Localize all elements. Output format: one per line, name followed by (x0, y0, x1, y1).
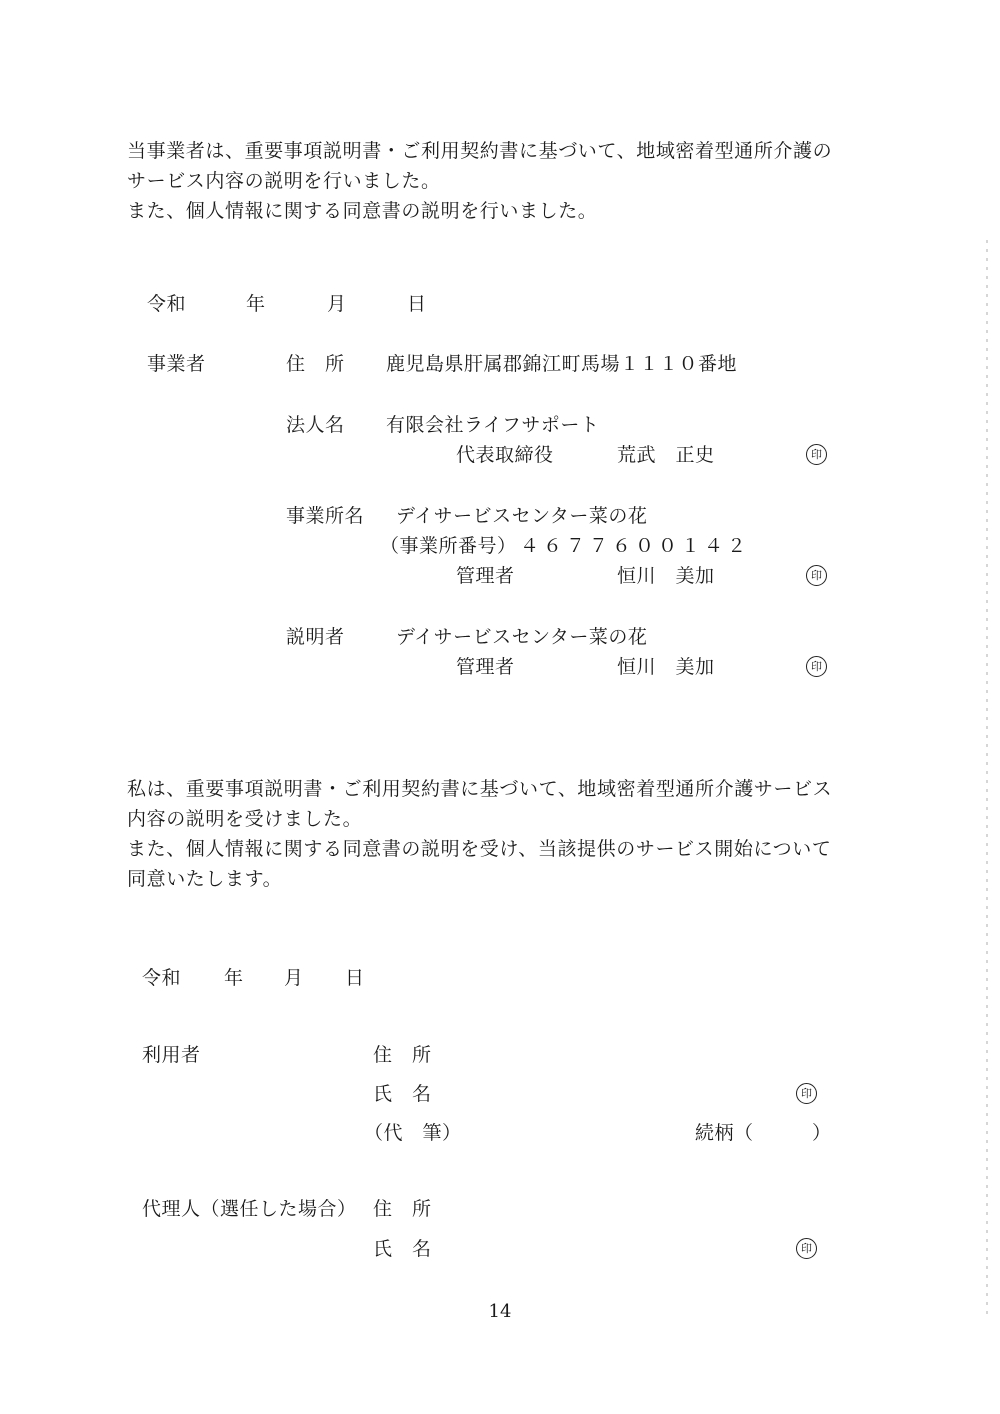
user-name-label: 氏 名 (373, 1082, 432, 1106)
statement-line: サービス内容の説明を行いました。 (127, 166, 832, 196)
corp-label: 法人名 (286, 413, 345, 437)
provider-statement: 当事業者は、重要事項説明書・ご利用契約書に基づいて、地域密着型通所介護の サービ… (127, 136, 832, 226)
user-date-era: 令和 (142, 966, 181, 990)
provider-date-year: 年 (246, 292, 266, 316)
provider-date-day: 日 (407, 292, 427, 316)
user-date-day: 日 (345, 966, 365, 990)
seal-icon: 印 (806, 656, 827, 677)
user-date-month: 月 (284, 966, 304, 990)
provider-label: 事業者 (147, 352, 206, 376)
user-date-year: 年 (224, 966, 244, 990)
relationship-label: 続柄（ ） (695, 1121, 832, 1145)
rep-title: 代表取締役 (456, 443, 554, 467)
explainer-label: 説明者 (286, 625, 345, 649)
seal-icon: 印 (806, 444, 827, 465)
seal-icon: 印 (796, 1083, 817, 1104)
rep-name: 荒武 正史 (617, 443, 715, 467)
agent-name-label: 氏 名 (373, 1237, 432, 1261)
statement-line: 当事業者は、重要事項説明書・ご利用契約書に基づいて、地域密着型通所介護の (127, 136, 832, 166)
explainer-title: 管理者 (456, 655, 515, 679)
provider-address: 鹿児島県肝属郡錦江町馬場１１１０番地 (386, 352, 737, 376)
statement-line: また、個人情報に関する同意書の説明を受け、当該提供のサービス開始について (127, 834, 832, 864)
user-label: 利用者 (142, 1043, 201, 1067)
statement-line: 同意いたします。 (127, 864, 832, 894)
manager-title: 管理者 (456, 564, 515, 588)
seal-icon: 印 (796, 1238, 817, 1259)
office-name: デイサービスセンター菜の花 (396, 504, 647, 528)
provider-date-month: 月 (327, 292, 347, 316)
proxy-writer-label: （代 筆） (364, 1121, 462, 1145)
agent-address-label: 住 所 (373, 1197, 432, 1221)
user-statement: 私は、重要事項説明書・ご利用契約書に基づいて、地域密着型通所介護サービス 内容の… (127, 774, 832, 894)
seal-icon: 印 (806, 565, 827, 586)
scan-artifact-line (986, 240, 988, 1320)
agent-label: 代理人（選任した場合） (142, 1197, 357, 1221)
statement-line: 内容の説明を受けました。 (127, 804, 832, 834)
explainer-office: デイサービスセンター菜の花 (396, 625, 647, 649)
statement-line: 私は、重要事項説明書・ご利用契約書に基づいて、地域密着型通所介護サービス (127, 774, 832, 804)
explainer-name: 恒川 美加 (617, 655, 715, 679)
corp-name: 有限会社ライフサポート (386, 413, 599, 437)
manager-name: 恒川 美加 (617, 564, 715, 588)
office-number-label: （事業所番号） (380, 534, 517, 558)
statement-line: また、個人情報に関する同意書の説明を行いました。 (127, 196, 832, 226)
provider-date-era: 令和 (147, 292, 186, 316)
office-number: ４６７７６００１４２ (520, 534, 750, 558)
user-address-label: 住 所 (373, 1043, 432, 1067)
page-number: 14 (0, 1301, 1000, 1322)
document-page: 当事業者は、重要事項説明書・ご利用契約書に基づいて、地域密着型通所介護の サービ… (0, 0, 1000, 1414)
office-label: 事業所名 (286, 504, 364, 528)
provider-address-label: 住 所 (286, 352, 345, 376)
